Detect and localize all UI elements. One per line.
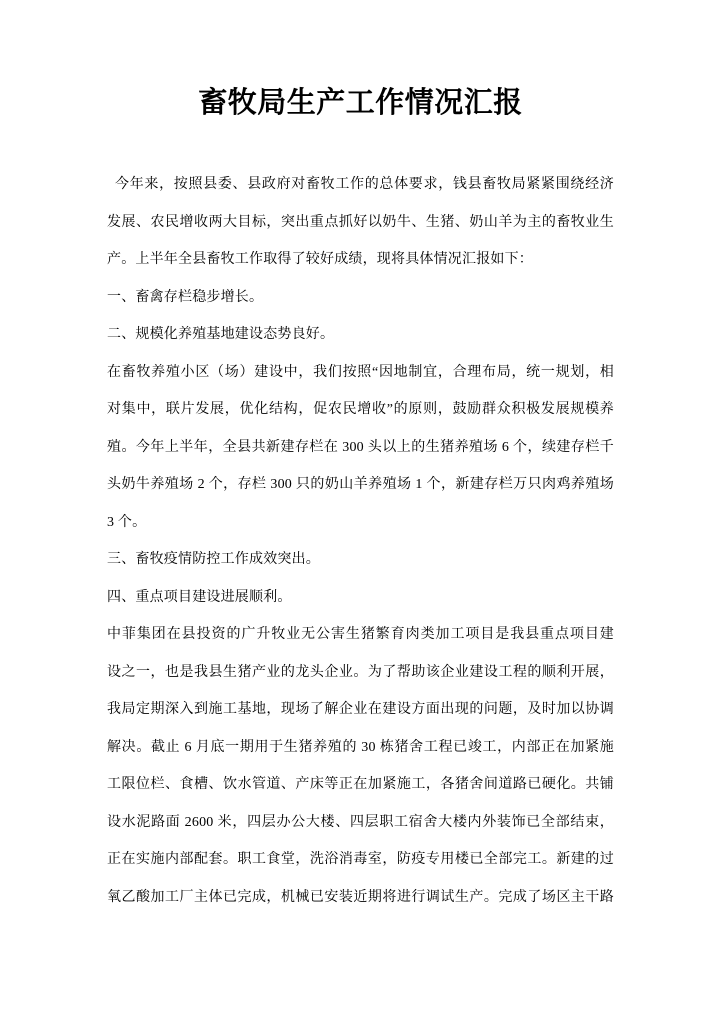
heading-1: 一、畜禽存栏稳步增长。 [107, 279, 614, 317]
heading-4: 四、重点项目建设进展顺利。 [107, 579, 614, 617]
text-line: 发展、农民增收两大目标，突出重点抓好以奶牛、生猪、奶山羊为主的畜牧业生 [107, 204, 614, 242]
text-line: 正在实施内部配套。职工食堂，洗浴消毒室，防疫专用楼已全部完工。新建的过 [107, 841, 614, 879]
text-line: 殖。今年上半年，全县共新建存栏在 300 头以上的生猪养殖场 6 个，续建存栏千 [107, 429, 614, 467]
text-line: 设之一，也是我县生猪产业的龙头企业。为了帮助该企业建设工程的顺利开展， [107, 654, 614, 692]
text-line: 对集中，联片发展，优化结构，促农民增收”的原则，鼓励群众积极发展规模养 [107, 391, 614, 429]
text-line: 解决。截止 6 月底一期用于生猪养殖的 30 栋猪舍工程已竣工，内部正在加紧施 [107, 729, 614, 767]
text-line: 今年来，按照县委、县政府对畜牧工作的总体要求，钱县畜牧局紧紧围绕经济 [107, 166, 614, 204]
text-line: 二、规模化养殖基地建设态势良好。 [107, 316, 614, 354]
heading-2: 二、规模化养殖基地建设态势良好。 [107, 316, 614, 354]
intro-paragraph: 今年来，按照县委、县政府对畜牧工作的总体要求，钱县畜牧局紧紧围绕经济发展、农民增… [107, 166, 614, 279]
document-title: 畜牧局生产工作情况汇报 [107, 83, 614, 123]
text-line: 氧乙酸加工厂主体已完成，机械已安装近期将进行调试生产。完成了场区主干路 [107, 879, 614, 917]
section-2-body: 在畜牧养殖小区（场）建设中，我们按照“因地制宜，合理布局，统一规划，相对集中，联… [107, 354, 614, 542]
document-body: 今年来，按照县委、县政府对畜牧工作的总体要求，钱县畜牧局紧紧围绕经济发展、农民增… [107, 166, 614, 916]
text-line: 我局定期深入到施工基地，现场了解企业在建设方面出现的问题，及时加以协调 [107, 691, 614, 729]
text-line: 产。上半年全县畜牧工作取得了较好成绩，现将具体情况汇报如下： [107, 241, 614, 279]
text-line: 四、重点项目建设进展顺利。 [107, 579, 614, 617]
text-line: 3 个。 [107, 504, 614, 542]
section-4-body: 中菲集团在县投资的广升牧业无公害生猪繁育肉类加工项目是我县重点项目建设之一，也是… [107, 616, 614, 916]
text-line: 头奶牛养殖场 2 个，存栏 300 只的奶山羊养殖场 1 个，新建存栏万只肉鸡养… [107, 466, 614, 504]
text-line: 工限位栏、食槽、饮水管道、产床等正在加紧施工，各猪舍间道路已硬化。共铺 [107, 766, 614, 804]
text-line: 三、畜牧疫情防控工作成效突出。 [107, 541, 614, 579]
text-line: 中菲集团在县投资的广升牧业无公害生猪繁育肉类加工项目是我县重点项目建 [107, 616, 614, 654]
text-line: 在畜牧养殖小区（场）建设中，我们按照“因地制宜，合理布局，统一规划，相 [107, 354, 614, 392]
heading-3: 三、畜牧疫情防控工作成效突出。 [107, 541, 614, 579]
text-line: 设水泥路面 2600 米，四层办公大楼、四层职工宿舍大楼内外装饰已全部结束， [107, 804, 614, 842]
text-line: 一、畜禽存栏稳步增长。 [107, 279, 614, 317]
document-page: 畜牧局生产工作情况汇报 今年来，按照县委、县政府对畜牧工作的总体要求，钱县畜牧局… [0, 0, 721, 1020]
